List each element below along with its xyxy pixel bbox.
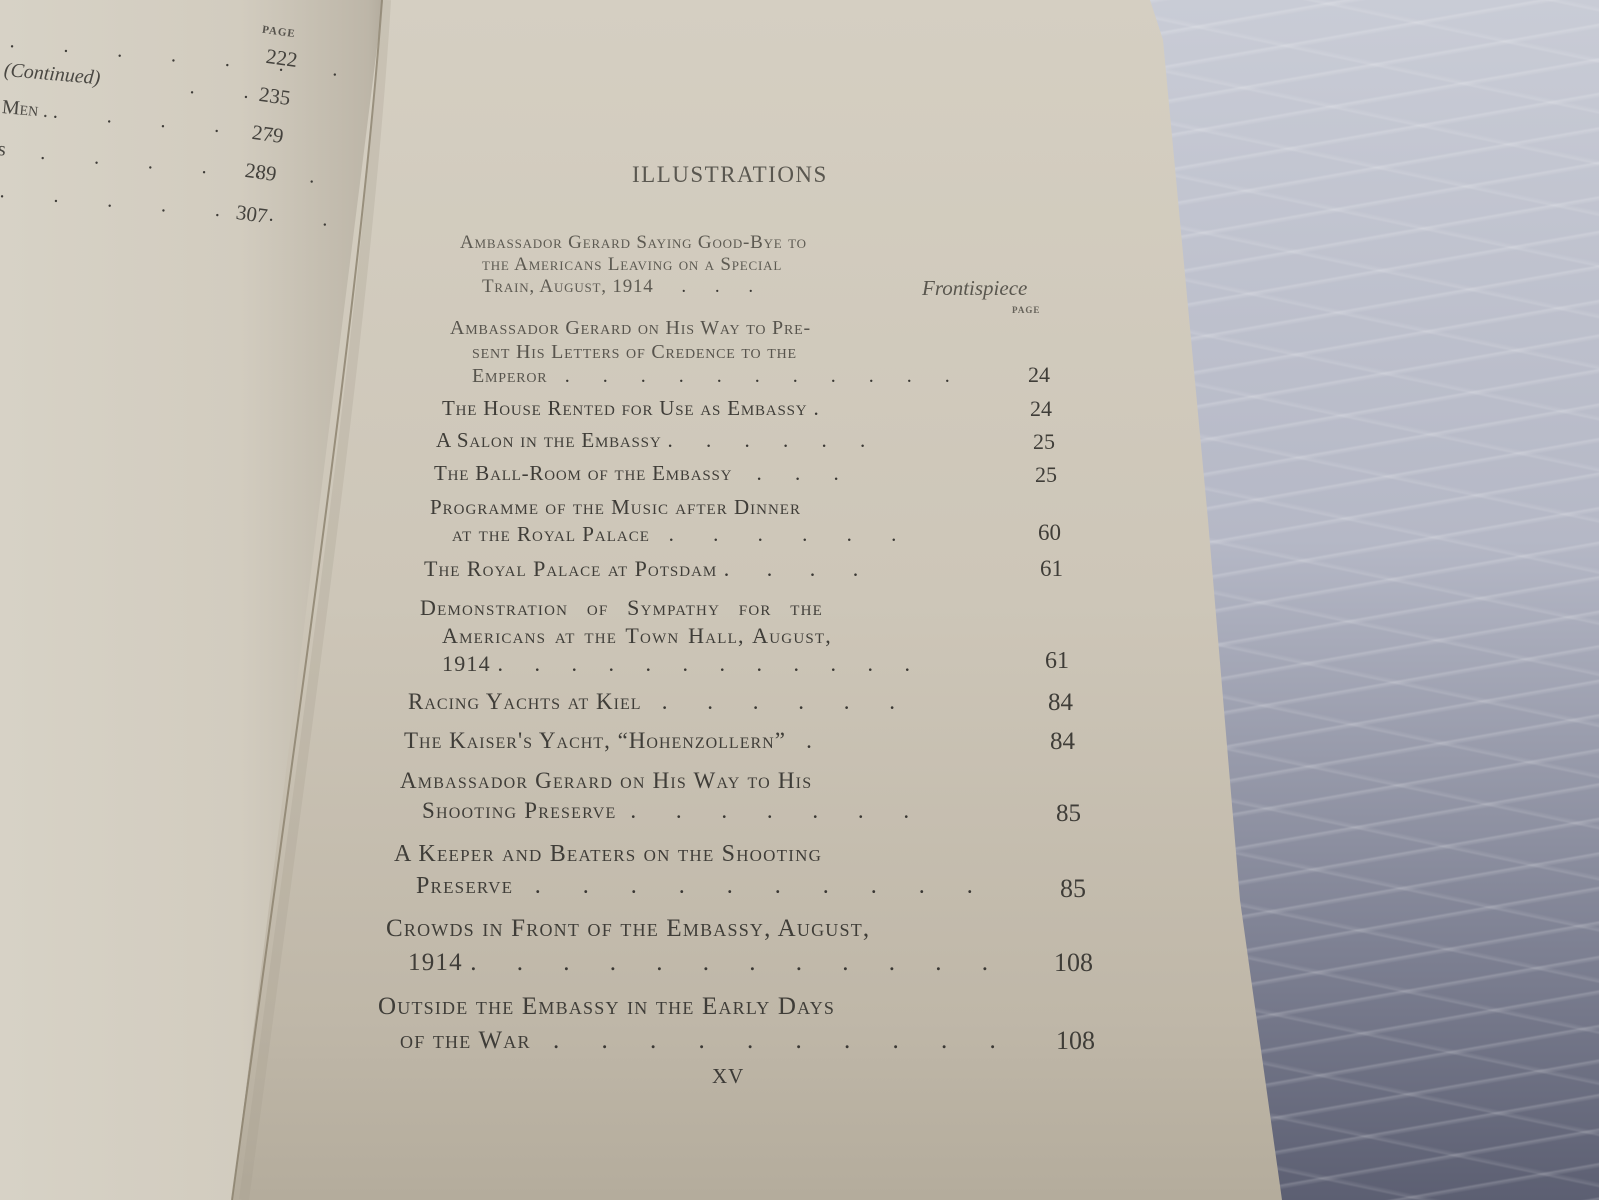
illustration-entry: The Ball-Room of the Embassy . . . (434, 461, 853, 485)
illustration-entry: Outside the Embassy in the Early Days of… (378, 990, 1014, 1058)
entry-page-number: 24 (1028, 362, 1050, 388)
entry-page-number: 108 (1054, 948, 1093, 978)
entry-page-number: Frontispiece (922, 276, 1027, 301)
entry-page-number: 60 (1038, 520, 1061, 546)
illustration-entry: Racing Yachts at Kiel . . . . . . (408, 688, 912, 716)
entry-page-number: 25 (1035, 462, 1057, 488)
entry-page-number: 84 (1048, 689, 1073, 717)
entry-page-number: 25 (1033, 429, 1055, 455)
illustration-entry: The Kaiser's Yacht, “Hohenzollern” . (404, 727, 813, 755)
page-title: ILLUSTRATIONS (632, 162, 828, 188)
illustration-entry: The House Rented for Use as Embassy . (442, 396, 820, 420)
illustration-entry: Programme of the Music after Dinner at t… (430, 494, 913, 548)
entry-page-number: 24 (1030, 396, 1052, 422)
entry-page-number: 84 (1050, 728, 1075, 756)
entry-page-number: 61 (1040, 556, 1063, 582)
page-folio: xv (712, 1064, 744, 1089)
illustrations-list: ILLUSTRATIONS Ambassador Gerard Saying G… (0, 0, 1599, 1200)
illustration-entry: The Royal Palace at Potsdam . . . . (424, 556, 874, 582)
illustration-entry: Demonstration of Sympathy for the Americ… (420, 594, 923, 678)
entry-page-number: 85 (1056, 800, 1081, 828)
entry-page-number: 108 (1056, 1026, 1095, 1056)
entry-page-number: 85 (1060, 874, 1086, 904)
illustration-entry: Ambassador Gerard Saying Good-Bye to the… (460, 232, 807, 298)
illustration-entry: Ambassador Gerard on His Way to His Shoo… (400, 766, 926, 826)
illustration-entry: Crowds in Front of the Embassy, August, … (386, 912, 1005, 980)
illustration-entry: A Salon in the Embassy . . . . . . (436, 428, 879, 452)
illustration-entry: A Keeper and Beaters on the Shooting Pre… (394, 838, 991, 902)
illustration-entry: Ambassador Gerard on His Way to Pre- sen… (450, 316, 964, 388)
entry-page-number: 61 (1045, 648, 1069, 675)
page-column-label: PAGE (1012, 305, 1040, 315)
